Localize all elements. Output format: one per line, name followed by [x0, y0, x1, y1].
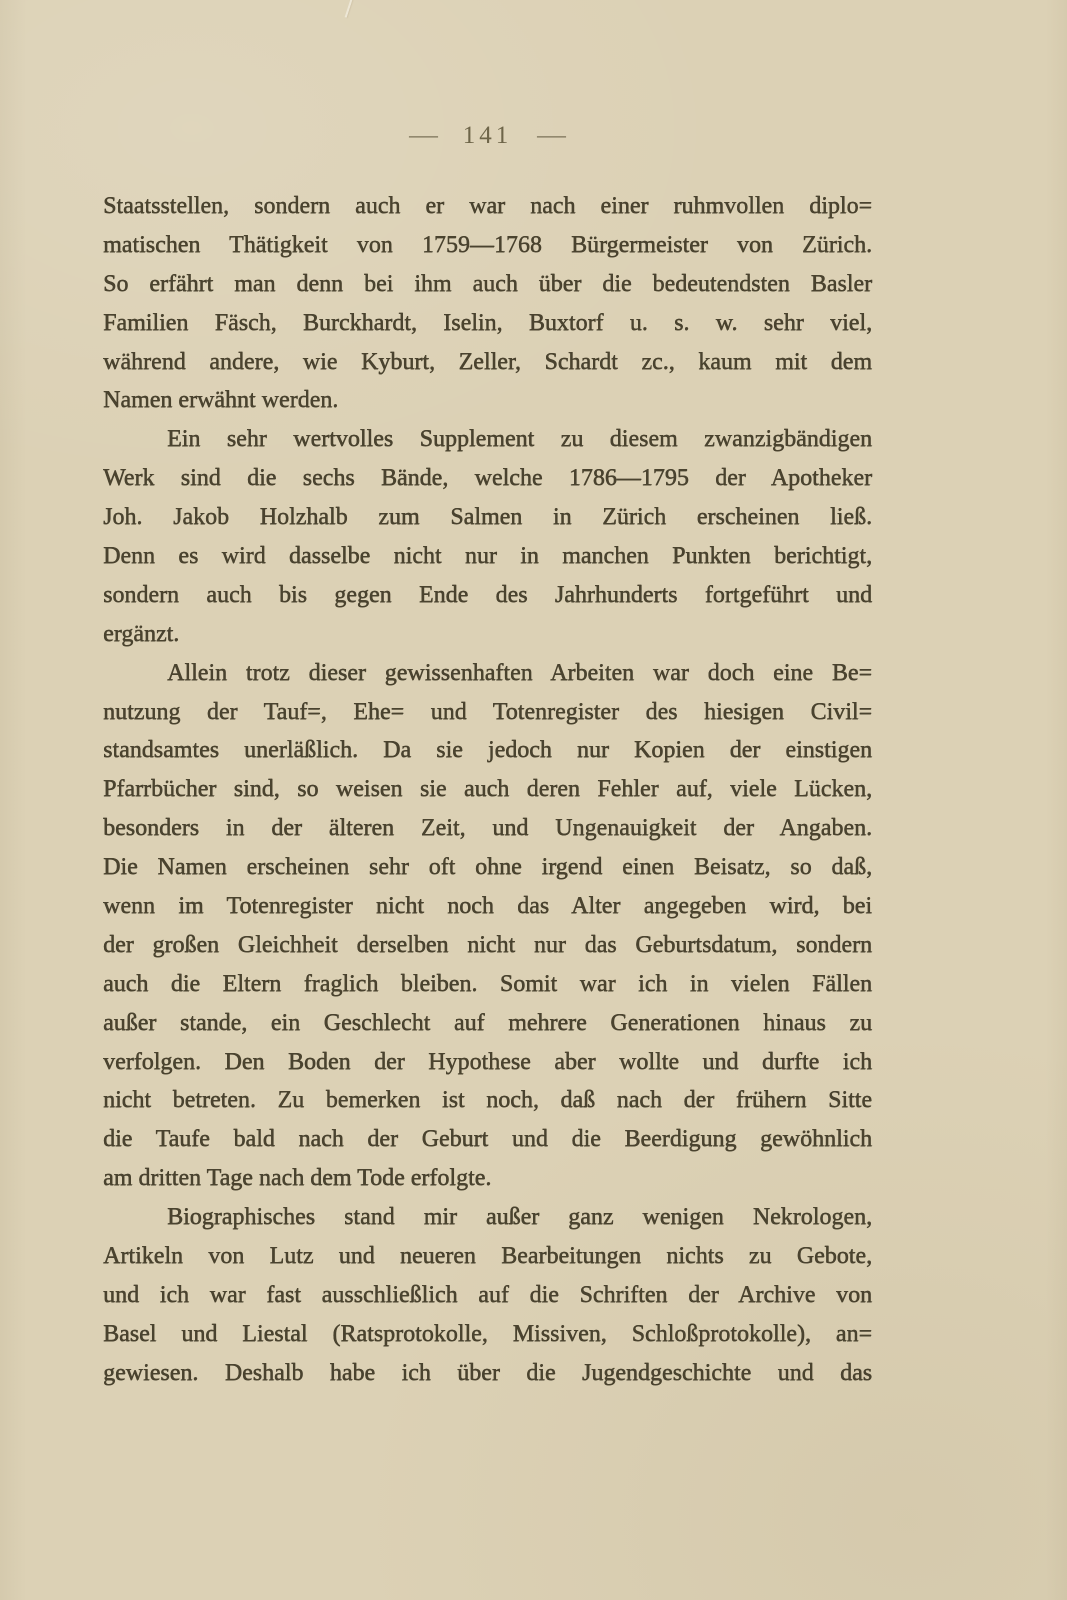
paragraph: Biographisches stand mir außer ganz weni…: [103, 1198, 872, 1392]
text-line: Basel und Liestal (Ratsprotokolle, Missi…: [103, 1315, 872, 1354]
body-text: Staatsstellen, sondern auch er war nach …: [103, 187, 872, 1393]
text-line: Werk sind die sechs Bände, welche 1786—1…: [103, 459, 872, 498]
text-line: Ein sehr wertvolles Supplement zu diesem…: [103, 420, 872, 459]
text-line: Familien Fäsch, Burckhardt, Iselin, Buxt…: [103, 304, 872, 343]
paragraph: Allein trotz dieser gewissenhaften Arbei…: [103, 654, 872, 1198]
text-line: Denn es wird dasselbe nicht nur in manch…: [103, 537, 872, 576]
text-line: matischen Thätigkeit von 1759—1768 Bürge…: [103, 226, 872, 265]
paper-crease: [345, 0, 354, 18]
text-line: Die Namen erscheinen sehr oft ohne irgen…: [103, 848, 872, 887]
paragraph: Staatsstellen, sondern auch er war nach …: [103, 187, 872, 420]
text-line: Pfarrbücher sind, so weisen sie auch der…: [103, 770, 872, 809]
text-line: Namen erwähnt werden.: [103, 381, 872, 420]
page-header: — 141 —: [103, 116, 872, 156]
text-line: und ich war fast ausschließlich auf die …: [103, 1276, 872, 1315]
text-line: Artikeln von Lutz und neueren Bearbeitun…: [103, 1237, 872, 1276]
text-line: außer stande, ein Geschlecht auf mehrere…: [103, 1004, 872, 1043]
text-line: So erfährt man denn bei ihm auch über di…: [103, 265, 872, 304]
scanned-book-page: — 141 — Staatsstellen, sondern auch er w…: [0, 0, 1067, 1600]
text-line: am dritten Tage nach dem Tode erfolgte.: [103, 1159, 872, 1198]
text-line: ergänzt.: [103, 615, 872, 654]
text-line: verfolgen. Den Boden der Hypothese aber …: [103, 1043, 872, 1082]
header-dash-right: —: [537, 116, 566, 156]
paragraph: Ein sehr wertvolles Supplement zu diesem…: [103, 420, 872, 653]
text-line: Staatsstellen, sondern auch er war nach …: [103, 187, 872, 226]
text-line: die Taufe bald nach der Geburt und die B…: [103, 1120, 872, 1159]
text-line: standsamtes unerläßlich. Da sie jedoch n…: [103, 731, 872, 770]
text-line: Allein trotz dieser gewissenhaften Arbei…: [103, 654, 872, 693]
text-line: Joh. Jakob Holzhalb zum Salmen in Zürich…: [103, 498, 872, 537]
text-line: gewiesen. Deshalb habe ich über die Juge…: [103, 1354, 872, 1393]
text-line: während andere, wie Kyburt, Zeller, Scha…: [103, 343, 872, 382]
text-line: nutzung der Tauf=, Ehe= und Totenregiste…: [103, 693, 872, 732]
text-line: sondern auch bis gegen Ende des Jahrhund…: [103, 576, 872, 615]
text-line: besonders in der älteren Zeit, und Ungen…: [103, 809, 872, 848]
text-line: Biographisches stand mir außer ganz weni…: [103, 1198, 872, 1237]
text-line: der großen Gleichheit derselben nicht nu…: [103, 926, 872, 965]
text-line: auch die Eltern fraglich bleiben. Somit …: [103, 965, 872, 1004]
page-number: 141: [463, 116, 513, 156]
text-line: wenn im Totenregister nicht noch das Alt…: [103, 887, 872, 926]
header-dash-left: —: [409, 116, 438, 156]
text-line: nicht betreten. Zu bemerken ist noch, da…: [103, 1081, 872, 1120]
